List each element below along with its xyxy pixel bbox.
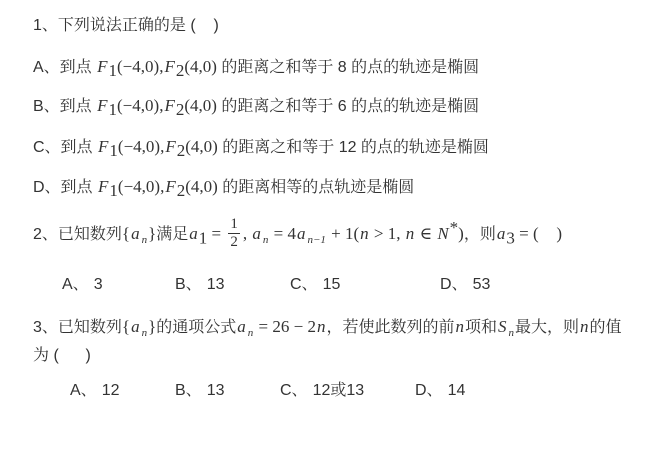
math-run: , [159, 57, 163, 76]
text-run: 的距离相等的点轨迹是椭圆 [218, 179, 414, 196]
text-run: 为 ( [33, 347, 59, 364]
math-run: n [360, 224, 369, 243]
question-3-option-a: A、12 [70, 380, 175, 401]
math-run: (4,0) [184, 57, 217, 76]
text-run: 的距离之和等于 6 的点的轨迹是椭圆 [217, 98, 479, 115]
option-value: 53 [473, 276, 491, 293]
math-run: (−4,0) [117, 96, 159, 115]
option-value: 13 [207, 276, 225, 293]
math-run: , [159, 96, 163, 115]
option-label: A、 [62, 276, 89, 293]
math-run: n [142, 234, 148, 246]
math-run: a [497, 224, 506, 243]
math-run: n [142, 327, 148, 339]
math-run: 1 [109, 141, 118, 160]
math-run: { [122, 317, 130, 336]
text-run [59, 347, 86, 364]
question-3-option-c: C、12或13 [280, 380, 415, 401]
question-3-stem-line-2: 为 ( ) [33, 347, 91, 364]
option-value: 12 [102, 382, 120, 399]
option-label: C、 [280, 382, 308, 399]
math-run: (−4,0) [118, 177, 160, 196]
text-run: D、到点 [33, 179, 97, 196]
worksheet-page: 1、下列说法正确的是 ( ) A、到点 F1(−4,0),F2(4,0) 的距离… [0, 0, 654, 472]
option-label: D、 [440, 276, 468, 293]
math-run: F [164, 57, 174, 76]
math-run: F [97, 96, 107, 115]
question-3-options-row: A、12B、13C、12或13D、14 [33, 380, 636, 401]
math-run: F [165, 177, 175, 196]
math-run: F [164, 96, 174, 115]
text-run: B、到点 [33, 98, 96, 115]
math-run: F [98, 177, 108, 196]
question-2-option-b: B、13 [175, 274, 290, 295]
math-run: , [160, 177, 164, 196]
question-1-option-b: B、到点 F1(−4,0),F2(4,0) 的距离之和等于 6 的点的轨迹是椭圆 [33, 95, 636, 117]
question-1-stem: 1、下列说法正确的是 ( ) [33, 15, 636, 36]
text-run: A、到点 [33, 59, 96, 76]
text-run: ) [213, 17, 218, 34]
math-run: * [450, 218, 459, 237]
text-run: 的距离之和等于 8 的点的轨迹是椭圆 [217, 59, 479, 76]
math-run: , [243, 224, 252, 243]
text-run: 的距离之和等于 12 的点的轨迹是椭圆 [218, 139, 489, 156]
question-2: 2、已知数列{an}满足a1 = 12, an = 4an−1 + 1(n > … [33, 212, 636, 295]
math-run: a [131, 317, 140, 336]
text-run: 2、已知数列 [33, 226, 122, 243]
option-label: B、 [175, 276, 202, 293]
text-run [539, 226, 557, 243]
math-run: ) [556, 224, 562, 243]
math-run: (−4,0) [117, 57, 159, 76]
math-run: S [498, 317, 507, 336]
text-run: 3、已知数列 [33, 319, 122, 336]
question-2-option-a: A、3 [62, 274, 175, 295]
text-run: C、到点 [33, 139, 97, 156]
math-run: = [207, 224, 225, 243]
text-run: ，则 [464, 226, 496, 243]
math-run: (−4,0) [118, 137, 160, 156]
math-run: 1 [109, 181, 118, 200]
question-3: 3、已知数列{an}的通项公式an = 26 − 2n，若使此数列的前n项和Sn… [33, 313, 636, 401]
math-run: 2 [177, 141, 186, 160]
math-run: , [160, 137, 164, 156]
text-run: 满足 [156, 226, 188, 243]
question-2-stem: 2、已知数列{an}满足a1 = 12, an = 4an−1 + 1(n > … [33, 212, 636, 258]
math-run: n [248, 327, 254, 339]
text-run [196, 17, 214, 34]
option-label: D、 [415, 382, 443, 399]
math-run: 1 [109, 61, 118, 80]
math-run: F [98, 137, 108, 156]
math-run: n [455, 317, 464, 336]
math-run: 1 [109, 100, 118, 119]
math-run: F [165, 137, 175, 156]
math-run: = ( [515, 224, 539, 243]
math-run: = 26 − 2 [254, 317, 316, 336]
option-value: 13 [207, 382, 225, 399]
math-run: N [437, 224, 448, 243]
text-run: 的值 [590, 319, 622, 336]
option-value: 15 [323, 276, 341, 293]
question-1: 1、下列说法正确的是 ( ) A、到点 F1(−4,0),F2(4,0) 的距离… [33, 15, 636, 198]
math-run: 2 [177, 181, 186, 200]
option-value: 3 [94, 276, 103, 293]
text-run: 的通项公式 [156, 319, 236, 336]
question-1-option-c: C、到点 F1(−4,0),F2(4,0) 的距离之和等于 12 的点的轨迹是椭… [33, 136, 636, 158]
question-2-options-row: A、3B、13C、15D、53 [33, 274, 636, 295]
math-run: F [97, 57, 107, 76]
math-run: (4,0) [184, 96, 217, 115]
math-run: n [263, 234, 269, 246]
option-value: 12或13 [313, 382, 365, 399]
question-3-stem-line-1: 3、已知数列{an}的通项公式an = 26 − 2n，若使此数列的前n项和Sn… [33, 319, 622, 336]
math-run: n−1 [307, 234, 325, 246]
math-run: n [580, 317, 589, 336]
option-label: B、 [175, 382, 202, 399]
question-1-option-a: A、到点 F1(−4,0),F2(4,0) 的距离之和等于 8 的点的轨迹是椭圆 [33, 56, 636, 78]
math-run: ∈ [415, 224, 436, 243]
option-label: A、 [70, 382, 97, 399]
text-run: ，若使此数列的前 [326, 319, 454, 336]
question-1-option-d: D、到点 F1(−4,0),F2(4,0) 的距离相等的点轨迹是椭圆 [33, 176, 636, 198]
math-run: (4,0) [185, 177, 218, 196]
math-run: > 1, [370, 224, 405, 243]
text-run: 最大，则 [515, 319, 579, 336]
math-run: + 1( [327, 224, 359, 243]
math-run: a [131, 224, 140, 243]
option-label: C、 [290, 276, 318, 293]
question-3-stem: 3、已知数列{an}的通项公式an = 26 − 2n，若使此数列的前n项和Sn… [33, 313, 636, 370]
math-run: a [297, 224, 306, 243]
option-value: 14 [448, 382, 466, 399]
question-3-option-b: B、13 [175, 380, 280, 401]
math-run: (4,0) [185, 137, 218, 156]
math-run: n [406, 224, 415, 243]
math-run: a [189, 224, 198, 243]
math-run: a [252, 224, 261, 243]
question-2-option-d: D、53 [440, 274, 490, 295]
math-run: { [122, 224, 130, 243]
text-run: ) [85, 347, 90, 364]
math-run: n [508, 327, 514, 339]
math-run: = 4 [269, 224, 296, 243]
text-run: 项和 [465, 319, 497, 336]
question-2-option-c: C、15 [290, 274, 440, 295]
math-run: 3 [506, 228, 515, 247]
question-3-option-d: D、14 [415, 380, 465, 401]
fraction: 12 [228, 216, 240, 250]
math-run: n [317, 317, 326, 336]
math-run: a [237, 317, 246, 336]
math-run: 1 [199, 228, 208, 247]
text-run: 1、下列说法正确的是 ( [33, 17, 196, 34]
